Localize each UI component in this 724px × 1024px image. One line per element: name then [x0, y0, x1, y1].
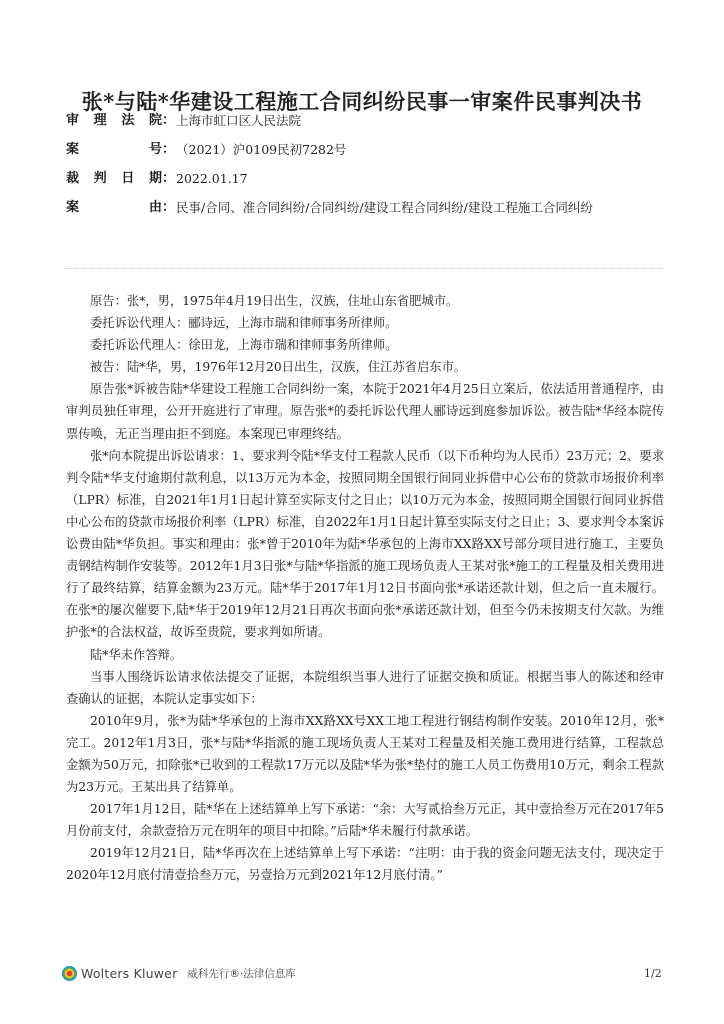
paragraph-facts-2010: 2010年9月，张*为陆*华承包的上海市XX路XX号XX工地工程进行钢结构制作安…: [66, 710, 664, 798]
meta-label-case-number: 案 号: [66, 135, 162, 164]
paragraph-facts-2019: 2019年12月21日，陆*华再次在上述结算单上写下承诺：“注明：由于我的资金问…: [66, 842, 664, 886]
meta-label-court: 审 理 法 院: [66, 106, 162, 135]
judgment-body: 原告：张*，男，1975年4月19日出生，汉族，住址山东省肥城市。 委托诉讼代理…: [66, 290, 664, 887]
meta-cause: 案 由 ： 民事/合同、准合同纠纷/合同纠纷/建设工程合同纠纷/建设工程施工合同…: [66, 193, 686, 222]
meta-colon: ：: [162, 135, 175, 164]
case-metadata: 审 理 法 院 ： 上海市虹口区人民法院 案 号 ： （2021）沪0109民初…: [66, 106, 686, 222]
brand-name: Wolters Kluwer: [81, 966, 177, 981]
meta-value-court: 上海市虹口区人民法院: [176, 106, 301, 135]
meta-colon: ：: [162, 164, 175, 193]
meta-case-number: 案 号 ： （2021）沪0109民初7282号: [66, 135, 686, 164]
paragraph-claims: 张*向本院提出诉讼请求：1、要求判令陆*华支付工程款人民币（以下币种均为人民币）…: [66, 445, 664, 644]
meta-label-judgment-date: 裁 判 日 期: [66, 164, 162, 193]
wolters-kluwer-logo-icon: [62, 966, 77, 981]
meta-colon: ：: [162, 106, 175, 135]
paragraph-agent-2: 委托诉讼代理人：徐田龙，上海市瑞和律师事务所律师。: [66, 334, 664, 356]
product-name: 威科先行®·法律信息库: [187, 966, 295, 981]
meta-judgment-date: 裁 判 日 期 ： 2022.01.17: [66, 164, 686, 193]
meta-value-judgment-date: 2022.01.17: [176, 164, 248, 193]
meta-label-cause: 案 由: [66, 193, 162, 222]
paragraph-defendant: 被告：陆*华，男，1976年12月20日出生，汉族，住江苏省启东市。: [66, 356, 664, 378]
meta-court: 审 理 法 院 ： 上海市虹口区人民法院: [66, 106, 686, 135]
paragraph-evidence: 当事人围绕诉讼请求依法提交了证据，本院组织当事人进行了证据交换和质证。根据当事人…: [66, 666, 664, 710]
meta-value-case-number: （2021）沪0109民初7282号: [176, 135, 346, 164]
paragraph-plaintiff: 原告：张*，男，1975年4月19日出生，汉族，住址山东省肥城市。: [66, 290, 664, 312]
paragraph-case-intro: 原告张*诉被告陆*华建设工程施工合同纠纷一案，本院于2021年4月25日立案后，…: [66, 378, 664, 444]
page-number: 1/2: [644, 967, 662, 980]
meta-value-cause: 民事/合同、准合同纠纷/合同纠纷/建设工程合同纠纷/建设工程施工合同纠纷: [176, 193, 593, 222]
page-footer: Wolters Kluwer 威科先行®·法律信息库: [62, 966, 296, 981]
paragraph-agent-1: 委托诉讼代理人：郦诗远，上海市瑞和律师事务所律师。: [66, 312, 664, 334]
meta-colon: ：: [162, 193, 175, 222]
section-divider: [66, 268, 664, 269]
paragraph-facts-2017: 2017年1月12日，陆*华在上述结算单上写下承诺：“余：大写贰拾叁万元正，其中…: [66, 798, 664, 842]
paragraph-no-defense: 陆*华未作答辩。: [66, 644, 664, 666]
